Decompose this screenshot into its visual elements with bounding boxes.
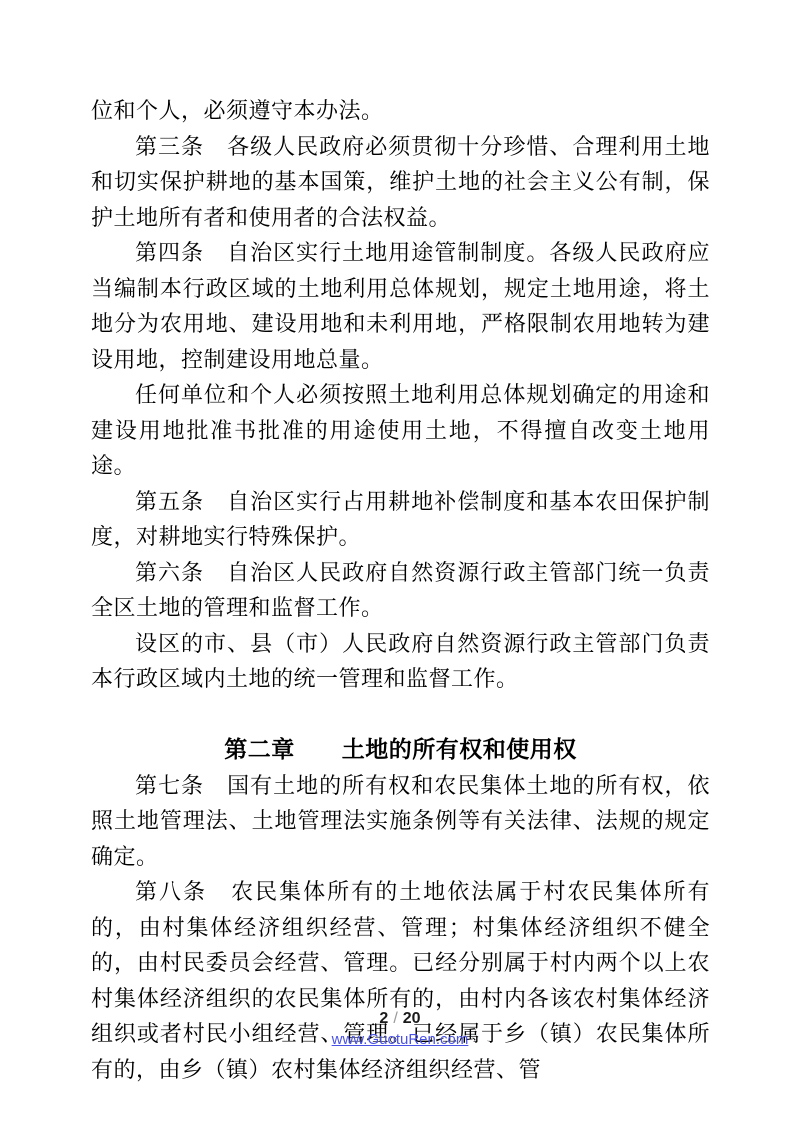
page-number-current: 2 <box>379 1010 388 1027</box>
paragraph-article-3: 第三条 各级人民政府必须贯彻十分珍惜、合理利用土地和切实保护耕地的基本国策，维护… <box>91 129 710 236</box>
paragraph-article-6: 第六条 自治区人民政府自然资源行政主管部门统一负责全区土地的管理和监督工作。 <box>91 555 710 626</box>
page-footer: 2/20 www.GuotuRen.com <box>0 1008 800 1049</box>
paragraph-article-6-cont: 设区的市、县（市）人民政府自然资源行政主管部门负责本行政区域内土地的统一管理和监… <box>91 626 710 697</box>
document-body: 位和个人，必须遵守本办法。 第三条 各级人民政府必须贯彻十分珍惜、合理利用土地和… <box>91 93 710 1087</box>
paragraph-article-4-cont: 任何单位和个人必须按照土地利用总体规划确定的用途和建设用地批准书批准的用途使用土… <box>91 377 710 484</box>
website-link[interactable]: www.GuotuRen.com <box>332 1030 469 1049</box>
document-page: 位和个人，必须遵守本办法。 第三条 各级人民政府必须贯彻十分珍惜、合理利用土地和… <box>0 0 800 1132</box>
paragraph-continuation: 位和个人，必须遵守本办法。 <box>91 93 710 129</box>
chapter-heading: 第二章 土地的所有权和使用权 <box>91 732 710 768</box>
paragraph-article-4: 第四条 自治区实行土地用途管制制度。各级人民政府应当编制本行政区域的土地利用总体… <box>91 235 710 377</box>
page-number-total: 20 <box>403 1010 421 1027</box>
paragraph-article-8: 第八条 农民集体所有的土地依法属于村农民集体所有的，由村集体经济组织经营、管理；… <box>91 874 710 1087</box>
paragraph-article-7: 第七条 国有土地的所有权和农民集体土地的所有权，依照土地管理法、土地管理法实施条… <box>91 768 710 875</box>
page-number-separator: / <box>388 1010 402 1027</box>
paragraph-article-5: 第五条 自治区实行占用耕地补偿制度和基本农田保护制度，对耕地实行特殊保护。 <box>91 484 710 555</box>
page-number: 2/20 <box>0 1008 800 1029</box>
